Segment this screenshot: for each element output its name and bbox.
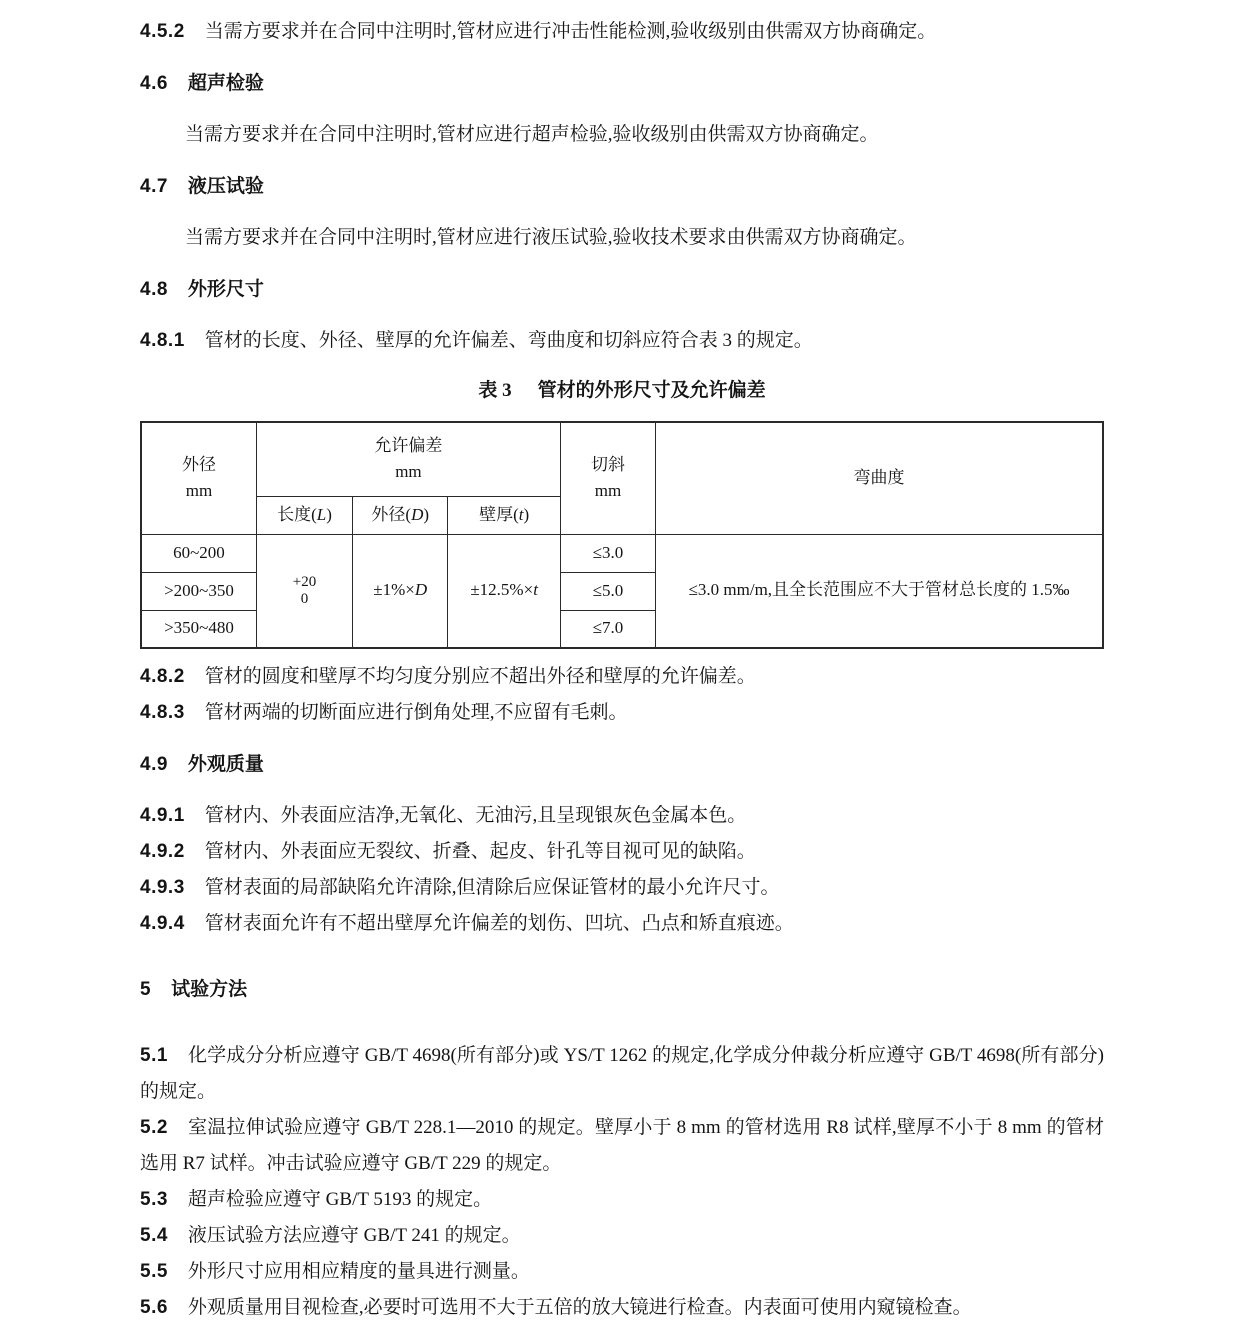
td-bend-value: ≤3.0 mm/m,且全长范围应不大于管材总长度的 1.5‰ xyxy=(656,534,1103,648)
clause-text: 管材表面的局部缺陷允许清除,但清除后应保证管材的最小允许尺寸。 xyxy=(205,877,780,898)
heading-text: 外观质量 xyxy=(188,754,264,775)
th-od-var: D xyxy=(411,505,423,524)
clause-4-8-3: 4.8.3管材两端的切断面应进行倒角处理,不应留有毛刺。 xyxy=(140,695,1104,731)
th-bend: 弯曲度 xyxy=(656,422,1103,534)
clause-text: 当需方要求并在合同中注明时,管材应进行冲击性能检测,验收级别由供需双方协商确定。 xyxy=(205,21,937,42)
table-3-caption: 表 3管材的外形尺寸及允许偏差 xyxy=(140,373,1104,409)
th-wall-post: ) xyxy=(524,505,530,524)
td-cut-slant: ≤7.0 xyxy=(560,610,655,648)
th-wall: 壁厚(t) xyxy=(448,496,561,534)
clause-number: 4.8.3 xyxy=(140,702,185,723)
clause-text: 化学成分分析应遵守 GB/T 4698(所有部分)或 YS/T 1262 的规定… xyxy=(140,1045,1104,1102)
td-od-range: 60~200 xyxy=(141,534,256,572)
clause-4-9-2: 4.9.2管材内、外表面应无裂纹、折叠、起皮、针孔等目视可见的缺陷。 xyxy=(140,834,1104,870)
clause-text: 管材的圆度和壁厚不均匀度分别应不超出外径和壁厚的允许偏差。 xyxy=(205,666,756,687)
clause-5-4: 5.4液压试验方法应遵守 GB/T 241 的规定。 xyxy=(140,1218,1104,1254)
table-caption-label: 表 3 xyxy=(478,380,511,401)
clause-text: 超声检验应遵守 GB/T 5193 的规定。 xyxy=(188,1189,492,1210)
td-wall-tolerance-pre: ±12.5%× xyxy=(470,580,533,599)
heading-4-9: 4.9外观质量 xyxy=(140,747,1104,783)
heading-4-7: 4.7液压试验 xyxy=(140,169,1104,205)
table-caption-title: 管材的外形尺寸及允许偏差 xyxy=(538,380,766,401)
table-row: 60~200 +20 0 ±1%×D ±12.5%×t ≤3.0 ≤3.0 mm… xyxy=(141,534,1103,572)
clause-number: 5.2 xyxy=(140,1117,168,1138)
clause-number: 5.5 xyxy=(140,1261,168,1282)
th-od-sub: 外径(D) xyxy=(353,496,448,534)
clause-text: 管材表面允许有不超出壁厚允许偏差的划伤、凹坑、凸点和矫直痕迹。 xyxy=(205,913,794,934)
tolerance-stack: +20 0 xyxy=(293,574,316,609)
clause-5-1: 5.1化学成分分析应遵守 GB/T 4698(所有部分)或 YS/T 1262 … xyxy=(140,1038,1104,1110)
th-cut-slant-label: 切斜 xyxy=(591,455,625,474)
heading-text: 试验方法 xyxy=(171,979,247,1000)
heading-5: 5试验方法 xyxy=(140,972,1104,1008)
clause-number: 4.9.3 xyxy=(140,877,185,898)
td-cut-slant: ≤3.0 xyxy=(560,534,655,572)
clause-number: 4.9.4 xyxy=(140,913,185,934)
th-tolerance-label: 允许偏差 xyxy=(374,436,442,455)
clause-number: 5.4 xyxy=(140,1225,168,1246)
th-length-pre: 长度( xyxy=(277,505,317,524)
clause-4-5-2: 4.5.2当需方要求并在合同中注明时,管材应进行冲击性能检测,验收级别由供需双方… xyxy=(140,14,1104,50)
td-od-range: >350~480 xyxy=(141,610,256,648)
clause-4-9-1: 4.9.1管材内、外表面应洁净,无氧化、无油污,且呈现银灰色金属本色。 xyxy=(140,798,1104,834)
clause-5-6: 5.6外观质量用目视检查,必要时可选用不大于五倍的放大镜进行检查。内表面可使用内… xyxy=(140,1290,1104,1326)
th-outer-diameter-unit: mm xyxy=(146,478,252,504)
document-page: 4.5.2当需方要求并在合同中注明时,管材应进行冲击性能检测,验收级别由供需双方… xyxy=(0,0,1240,1341)
td-od-tolerance: ±1%×D xyxy=(353,534,448,648)
th-cut-slant-unit: mm xyxy=(565,478,651,504)
heading-4-8: 4.8外形尺寸 xyxy=(140,272,1104,308)
td-od-range: >200~350 xyxy=(141,572,256,610)
clause-4-8-1: 4.8.1管材的长度、外径、壁厚的允许偏差、弯曲度和切斜应符合表 3 的规定。 xyxy=(140,323,1104,359)
td-od-tolerance-var: D xyxy=(415,580,427,599)
clause-4-9-3: 4.9.3管材表面的局部缺陷允许清除,但清除后应保证管材的最小允许尺寸。 xyxy=(140,870,1104,906)
heading-number: 4.7 xyxy=(140,176,168,197)
td-wall-tolerance-var: t xyxy=(533,580,538,599)
heading-4-6: 4.6超声检验 xyxy=(140,66,1104,102)
clause-text: 管材的长度、外径、壁厚的允许偏差、弯曲度和切斜应符合表 3 的规定。 xyxy=(205,330,813,351)
th-outer-diameter-label: 外径 xyxy=(182,455,216,474)
table-3: 外径 mm 允许偏差 mm 切斜 mm 弯曲度 长度(L) 外径(D) 壁厚(t… xyxy=(140,421,1104,649)
th-length-var: L xyxy=(317,505,326,524)
heading-number: 4.9 xyxy=(140,754,168,775)
clause-number: 5.3 xyxy=(140,1189,168,1210)
heading-number: 5 xyxy=(140,979,151,1000)
td-od-tolerance-pre: ±1%× xyxy=(373,580,415,599)
th-od-post: ) xyxy=(423,505,429,524)
clause-text: 液压试验方法应遵守 GB/T 241 的规定。 xyxy=(188,1225,521,1246)
clause-4-8-2: 4.8.2管材的圆度和壁厚不均匀度分别应不超出外径和壁厚的允许偏差。 xyxy=(140,659,1104,695)
th-od-pre: 外径( xyxy=(371,505,411,524)
clause-number: 5.6 xyxy=(140,1297,168,1318)
th-cut-slant: 切斜 mm xyxy=(560,422,655,534)
clause-text: 管材内、外表面应无裂纹、折叠、起皮、针孔等目视可见的缺陷。 xyxy=(205,841,756,862)
clause-5-5: 5.5外形尺寸应用相应精度的量具进行测量。 xyxy=(140,1254,1104,1290)
clause-text: 室温拉伸试验应遵守 GB/T 228.1—2010 的规定。壁厚小于 8 mm … xyxy=(140,1117,1104,1174)
heading-text: 液压试验 xyxy=(188,176,264,197)
th-bend-label: 弯曲度 xyxy=(854,468,905,487)
clause-number: 4.8.2 xyxy=(140,666,185,687)
clause-number: 4.9.1 xyxy=(140,805,185,826)
th-tolerance-unit: mm xyxy=(261,459,556,485)
heading-number: 4.8 xyxy=(140,279,168,300)
th-wall-pre: 壁厚( xyxy=(479,505,519,524)
paragraph-4-7: 当需方要求并在合同中注明时,管材应进行液压试验,验收技术要求由供需双方协商确定。 xyxy=(140,220,1104,256)
clause-text: 管材内、外表面应洁净,无氧化、无油污,且呈现银灰色金属本色。 xyxy=(205,805,747,826)
paragraph-4-6: 当需方要求并在合同中注明时,管材应进行超声检验,验收级别由供需双方协商确定。 xyxy=(140,117,1104,153)
clause-number: 5.1 xyxy=(140,1045,168,1066)
clause-number: 4.5.2 xyxy=(140,21,185,42)
th-outer-diameter: 外径 mm xyxy=(141,422,256,534)
clause-text: 外观质量用目视检查,必要时可选用不大于五倍的放大镜进行检查。内表面可使用内窥镜检… xyxy=(188,1297,972,1318)
th-length: 长度(L) xyxy=(256,496,352,534)
td-wall-tolerance: ±12.5%×t xyxy=(448,534,561,648)
clause-number: 4.8.1 xyxy=(140,330,185,351)
td-length-tolerance: +20 0 xyxy=(256,534,352,648)
clause-5-3: 5.3超声检验应遵守 GB/T 5193 的规定。 xyxy=(140,1182,1104,1218)
th-tolerance: 允许偏差 mm xyxy=(256,422,560,496)
tolerance-upper: +20 xyxy=(293,574,316,591)
td-cut-slant: ≤5.0 xyxy=(560,572,655,610)
th-length-post: ) xyxy=(326,505,332,524)
clause-number: 4.9.2 xyxy=(140,841,185,862)
clause-text: 外形尺寸应用相应精度的量具进行测量。 xyxy=(188,1261,530,1282)
heading-text: 超声检验 xyxy=(188,73,264,94)
heading-number: 4.6 xyxy=(140,73,168,94)
clause-text: 管材两端的切断面应进行倒角处理,不应留有毛刺。 xyxy=(205,702,628,723)
clause-5-2: 5.2室温拉伸试验应遵守 GB/T 228.1—2010 的规定。壁厚小于 8 … xyxy=(140,1110,1104,1182)
heading-text: 外形尺寸 xyxy=(188,279,264,300)
tolerance-lower: 0 xyxy=(301,591,309,608)
clause-4-9-4: 4.9.4管材表面允许有不超出壁厚允许偏差的划伤、凹坑、凸点和矫直痕迹。 xyxy=(140,906,1104,942)
